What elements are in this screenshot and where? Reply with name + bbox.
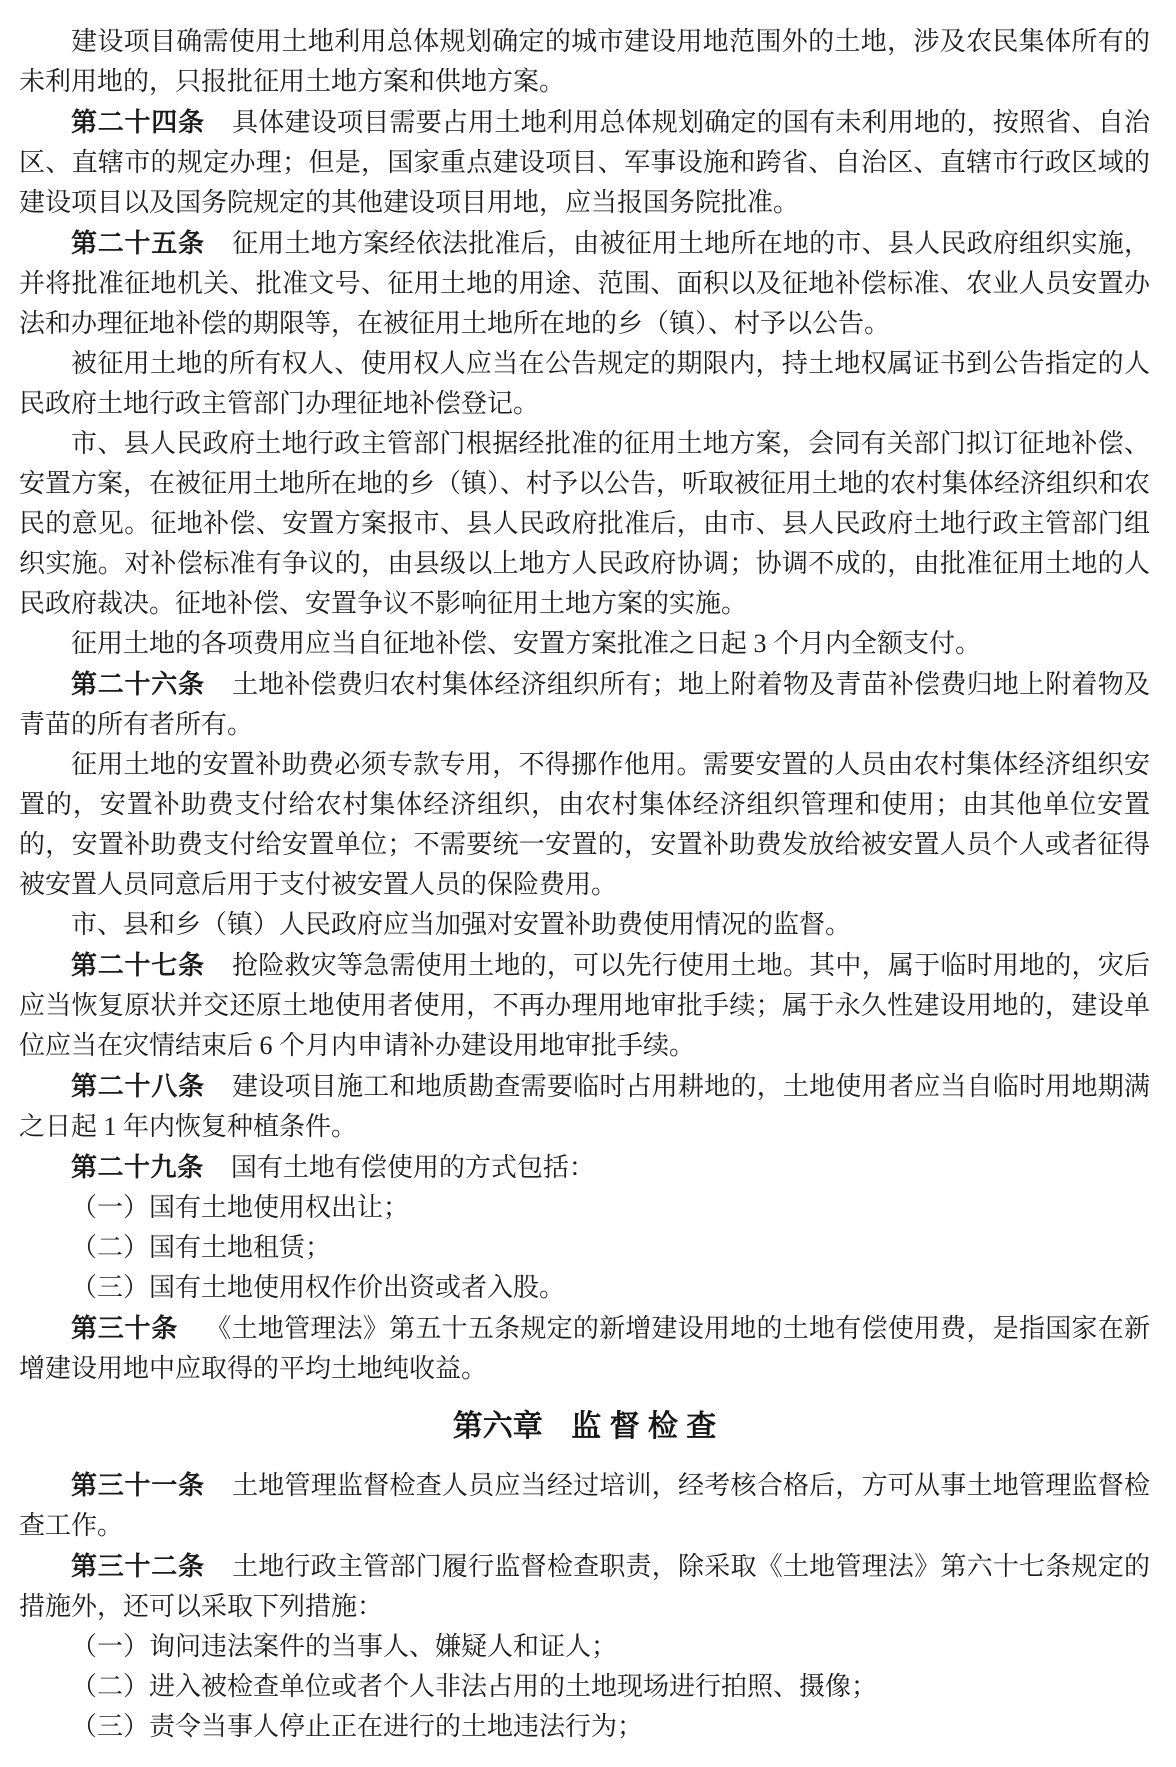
article-number: 第三十二条 [71,1551,205,1581]
article-number: 第二十五条 [71,228,205,258]
paragraph-text: （一）国有土地使用权出让； [71,1193,409,1222]
chapter-title: 监 督 检 查 [571,1410,716,1443]
paragraph-text: 国有土地有偿使用的方式包括： [231,1153,595,1182]
article-number: 第二十八条 [71,1071,205,1101]
article-number: 第二十六条 [71,669,205,699]
article-paragraph: 第二十四条具体建设项目需要占用土地利用总体规划确定的国有未利用地的，按照省、自治… [19,102,1150,223]
paragraph: 征用土地的安置补助费必须专款专用，不得挪作他用。需要安置的人员由农村集体经济组织… [19,745,1150,905]
paragraph-text: 市、县和乡（镇）人民政府应当加强对安置补助费使用情况的监督。 [71,910,851,939]
paragraph: （二）进入被检查单位或者个人非法占用的土地现场进行拍照、摄像； [19,1667,1150,1707]
article-paragraph: 第三十一条土地管理监督检查人员应当经过培训，经考核合格后，方可从事土地管理监督检… [19,1465,1150,1546]
paragraph: 市、县人民政府土地行政主管部门根据经批准的征用土地方案，会同有关部门拟订征地补偿… [19,424,1150,624]
article-number: 第三十一条 [71,1470,205,1500]
paragraph-text: 征用土地的安置补助费必须专款专用，不得挪作他用。需要安置的人员由农村集体经济组织… [19,750,1150,899]
article-paragraph: 第二十八条建设项目施工和地质勘查需要临时占用耕地的，土地使用者应当自临时用地期满… [19,1066,1150,1147]
article-number: 第二十七条 [71,950,205,980]
article-number: 第二十九条 [71,1152,204,1182]
paragraph: （三）责令当事人停止正在进行的土地违法行为； [19,1707,1150,1747]
paragraph: （一）询问违法案件的当事人、嫌疑人和证人； [19,1627,1150,1667]
paragraph: 建设项目确需使用土地利用总体规划确定的城市建设用地范围外的土地，涉及农民集体所有… [19,22,1150,102]
document-page: 建设项目确需使用土地利用总体规划确定的城市建设用地范围外的土地，涉及农民集体所有… [0,0,1176,1767]
chapter-number: 第六章 [453,1410,543,1443]
article-number: 第三十条 [71,1313,178,1343]
article-paragraph: 第三十二条土地行政主管部门履行监督检查职责，除采取《土地管理法》第六十七条规定的… [19,1546,1150,1627]
article-paragraph: 第三十条《土地管理法》第五十五条规定的新增建设用地的土地有偿使用费，是指国家在新… [19,1308,1150,1389]
paragraph-text: （二）国有土地租赁； [71,1233,331,1262]
chapter-heading: 第六章监 督 检 查 [19,1407,1150,1447]
paragraph-text: 《土地管理法》第五十五条规定的新增建设用地的土地有偿使用费，是指国家在新增建设用… [19,1314,1150,1383]
article-paragraph: 第二十六条土地补偿费归农村集体经济组织所有；地上附着物及青苗补偿费归地上附着物及… [19,664,1150,745]
article-paragraph: 第二十五条征用土地方案经依法批准后，由被征用土地所在地的市、县人民政府组织实施，… [19,223,1150,344]
paragraph-text: （一）询问违法案件的当事人、嫌疑人和证人； [71,1632,617,1661]
paragraph: （三）国有土地使用权作价出资或者入股。 [19,1268,1150,1308]
paragraph-text: （三）国有土地使用权作价出资或者入股。 [71,1273,565,1302]
paragraph: （一）国有土地使用权出让； [19,1188,1150,1228]
paragraph-text: 被征用土地的所有权人、使用权人应当在公告规定的期限内，持土地权属证书到公告指定的… [19,349,1150,418]
paragraph-text: （三）责令当事人停止正在进行的土地违法行为； [71,1712,643,1741]
paragraph-text: 市、县人民政府土地行政主管部门根据经批准的征用土地方案，会同有关部门拟订征地补偿… [19,429,1150,618]
article-number: 第二十四条 [71,107,205,137]
article-paragraph: 第二十七条抢险救灾等急需使用土地的，可以先行使用土地。其中，属于临时用地的，灾后… [19,945,1150,1066]
paragraph: 市、县和乡（镇）人民政府应当加强对安置补助费使用情况的监督。 [19,905,1150,945]
article-paragraph: 第二十九条国有土地有偿使用的方式包括： [19,1147,1150,1188]
paragraph: 被征用土地的所有权人、使用权人应当在公告规定的期限内，持土地权属证书到公告指定的… [19,344,1150,424]
paragraph-text: 建设项目确需使用土地利用总体规划确定的城市建设用地范围外的土地，涉及农民集体所有… [19,27,1150,96]
paragraph: （二）国有土地租赁； [19,1228,1150,1268]
paragraph: 征用土地的各项费用应当自征地补偿、安置方案批准之日起 3 个月内全额支付。 [19,624,1150,664]
paragraph-text: 征用土地的各项费用应当自征地补偿、安置方案批准之日起 3 个月内全额支付。 [71,629,981,658]
paragraph-text: （二）进入被检查单位或者个人非法占用的土地现场进行拍照、摄像； [71,1672,877,1701]
